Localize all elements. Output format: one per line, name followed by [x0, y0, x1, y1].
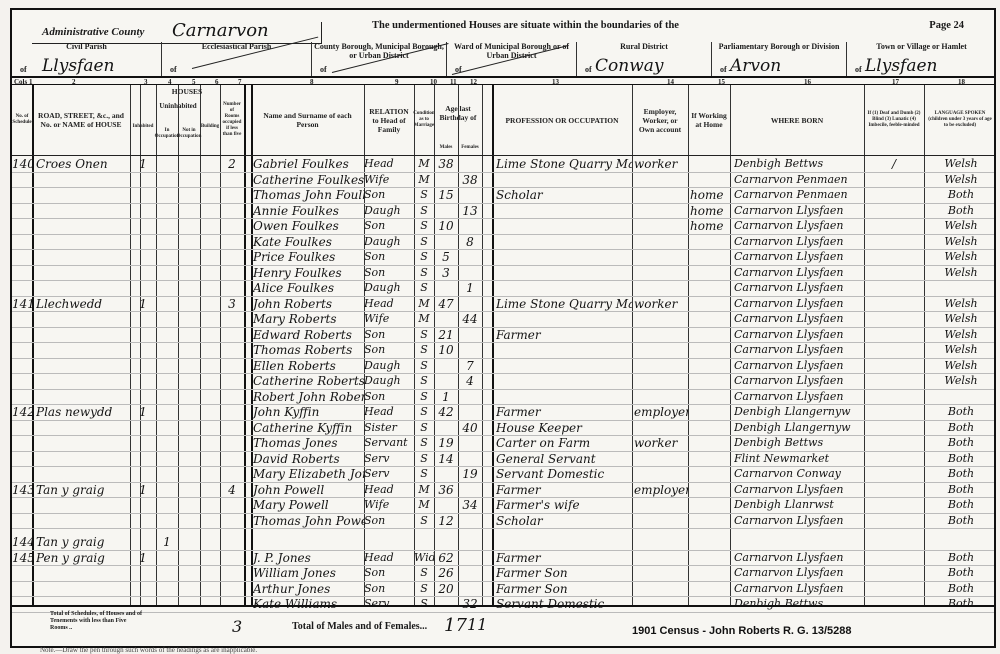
census-table: No. of Schedule ROAD, STREET, &c., and N… — [12, 85, 994, 605]
rural-district-field: Rural District of Conway — [577, 42, 712, 76]
page-footer: Total of Schedules, of Houses and of Ten… — [12, 605, 994, 648]
of-label: of — [720, 65, 727, 74]
parliamentary-borough-value: Arvon — [730, 56, 781, 76]
rural-district-value: Conway — [595, 56, 663, 76]
cell-unocc — [156, 512, 178, 530]
col-header-age: Age last Birthday of — [434, 85, 482, 141]
males-total: 17 — [444, 615, 467, 636]
col-header-name: Name and Surname of each Person — [251, 85, 364, 155]
col-header-employer: Employer, Worker, or Own account — [632, 85, 688, 155]
census-page: Administrative County Carnarvon The unde… — [10, 8, 996, 648]
town-village-field: Town or Village or Hamlet of Llysfaen — [847, 42, 996, 76]
parliamentary-borough-field: Parliamentary Borough or Division of Arv… — [712, 42, 847, 76]
cell-rooms — [220, 512, 244, 530]
cell-inf — [864, 512, 924, 530]
of-label: of — [20, 65, 27, 74]
undermentioned-text: The undermentioned Houses are situate wi… — [372, 20, 679, 31]
cell-f — [458, 512, 482, 530]
col-header-not-in-occupation: Not in Occupation — [178, 113, 200, 155]
town-village-label: Town or Village or Hamlet — [847, 42, 996, 51]
col-header-females: Females — [458, 141, 482, 155]
females-total: 11 — [467, 615, 487, 634]
civil-parish-value: Llysfaen — [42, 56, 115, 76]
page-number: Page 24 — [929, 20, 964, 31]
footnote: Note.—Draw the pen through such words of… — [40, 646, 257, 654]
col-header-relation: RELATION to Head of Family — [364, 85, 414, 155]
cell-rel: Son — [364, 512, 414, 530]
ward-label: Ward of Municipal Borough or of Urban Di… — [447, 42, 576, 60]
col-header-uninhabited: Uninhabited — [156, 99, 200, 113]
col-header-language: LANGUAGE SPOKEN (children under 3 years … — [924, 85, 996, 155]
cell-road — [36, 512, 130, 530]
col-header-road: ROAD, STREET, &c., and No. or NAME of HO… — [32, 85, 130, 155]
col-header-occupation: PROFESSION OR OCCUPATION — [492, 85, 632, 155]
rural-district-label: Rural District — [577, 42, 711, 51]
cell-lang: Both — [926, 512, 996, 530]
of-label: of — [170, 65, 177, 74]
schedules-total-label: Total of Schedules, of Houses and of Ten… — [50, 611, 142, 632]
of-label: of — [585, 65, 592, 74]
parliamentary-borough-label: Parliamentary Borough or Division — [712, 42, 846, 51]
cell-name: Thomas John Powell — [253, 512, 365, 530]
col-header-at-home: If Working at Home — [688, 85, 730, 155]
cell-born: Carnarvon Llysfaen — [734, 512, 864, 530]
col-header-rooms: Number of Rooms occupied if less than fi… — [220, 85, 244, 155]
col-header-inhabited: Inhabited — [130, 99, 156, 155]
col-header-where-born: WHERE BORN — [730, 85, 864, 155]
ecclesiastical-parish-field: Ecclesiastical Parish of — [162, 42, 312, 76]
totals-label: Total of Males and of Females... — [292, 621, 427, 632]
town-village-value: Llysfaen — [865, 56, 938, 76]
cell-m: 12 — [434, 512, 458, 530]
cell-occ: Scholar — [496, 512, 632, 530]
of-label: of — [855, 65, 862, 74]
cell-home — [690, 512, 730, 530]
cell-sched — [12, 512, 32, 530]
ward-field: Ward of Municipal Borough or of Urban Di… — [447, 42, 577, 76]
col-header-males: Males — [434, 141, 458, 155]
civil-parish-label: Civil Parish — [12, 42, 161, 51]
col-header-in-occupation: In Occupation — [156, 113, 178, 155]
administrative-county: Administrative County Carnarvon — [32, 22, 322, 44]
tenements-total: 3 — [232, 617, 242, 636]
page-header: Administrative County Carnarvon The unde… — [12, 10, 994, 76]
col-header-condition: Condition as to Marriage — [414, 85, 434, 155]
admin-county-value: Carnarvon — [172, 20, 269, 41]
admin-county-label: Administrative County — [42, 26, 144, 38]
cell-cond: S — [414, 512, 434, 530]
col-header-building: Building — [200, 99, 220, 155]
borough-label: County Borough, Municipal Borough, or Ur… — [312, 42, 446, 60]
column-numbers: Cols 1 2 3 4 5 6 7 8 9 10 11 12 13 14 15… — [12, 76, 994, 85]
borough-field: County Borough, Municipal Borough, or Ur… — [312, 42, 447, 76]
cell-inhab — [130, 512, 156, 530]
image-caption: 1901 Census - John Roberts R. G. 13/5288 — [632, 625, 851, 637]
col-header-infirmity: If (1) Deaf and Dumb (2) Blind (3) Lunat… — [864, 85, 924, 155]
civil-parish-field: Civil Parish of Llysfaen — [12, 42, 162, 76]
of-label: of — [320, 65, 327, 74]
col-header-schedule: No. of Schedule — [12, 85, 32, 155]
cell-emp — [634, 512, 688, 530]
